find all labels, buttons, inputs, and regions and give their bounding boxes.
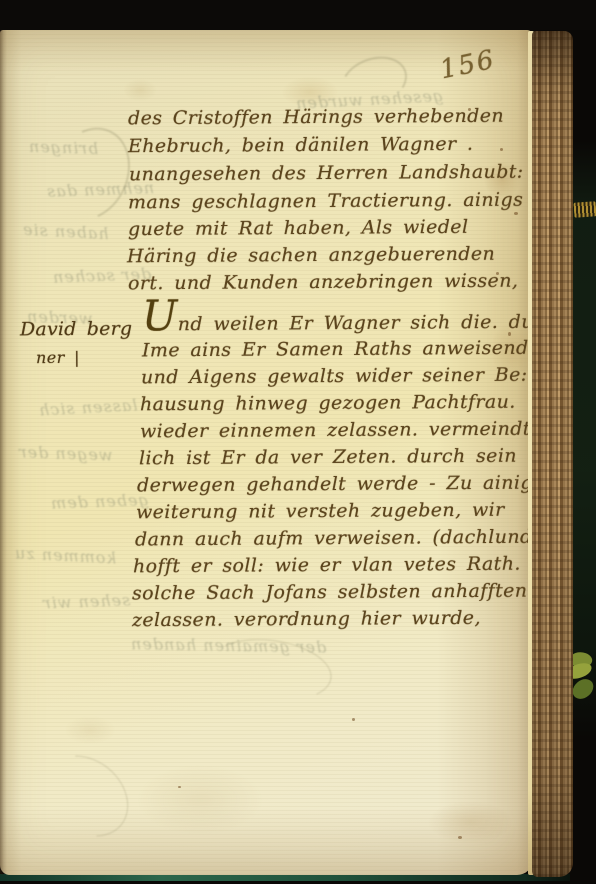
manuscript-line: zelassen. verordnung hier wurde, (132, 607, 481, 631)
manuscript-line: und Aigens gewalts wider seiner Be: (141, 364, 528, 389)
manuscript-line: ort. und Kunden anzebringen wissen, (128, 270, 518, 295)
background-top-band (0, 0, 596, 30)
folio-number: 156 (437, 45, 498, 86)
manuscript-line: Und weilen Er Wagner sich die. durch (142, 309, 567, 336)
bleedthrough-line: bringen (28, 137, 99, 158)
gutter-shadow (0, 30, 7, 875)
manuscript-line: lich ist Er da ver Zeten. durch sein (139, 445, 517, 470)
showthrough-flourish (206, 632, 335, 708)
bleedthrough-line: lassen sich (38, 395, 138, 419)
manuscript-line: Ime ains Er Samen Raths anweisenden (142, 337, 553, 362)
book-fore-edge (532, 31, 573, 877)
table-edge (0, 874, 570, 881)
foxing-speck (514, 212, 518, 215)
bleedthrough-line: der gemainen handen (130, 634, 327, 656)
foxing-speck (500, 148, 503, 151)
manuscript-line: unangesehen des Herren Landshaubt: (129, 161, 524, 186)
margin-note-line-2: ner | (36, 348, 80, 367)
showthrough-flourish (28, 739, 145, 853)
manuscript-page: gesehen wurden bringen nehmen das haben … (0, 30, 533, 875)
bleedthrough-line: sehen wir (42, 590, 131, 612)
manuscript-line: hofft er soll: wie er vlan vetes Rath. (133, 553, 521, 578)
bookmark-band (574, 201, 596, 217)
manuscript-line: weiterung nit versteh zugeben, wir (136, 499, 505, 524)
margin-note-line-1: David berg (20, 318, 132, 341)
manuscript-line: des Cristoffen Härings verhebenden (128, 105, 504, 130)
manuscript-line: solche Sach Jofans selbsten anhafften (132, 580, 528, 605)
manuscript-line: dann auch aufm verweisen. (dachlunder: (135, 526, 561, 551)
manuscript-line: Häring die sachen anzgebuerenden (127, 243, 495, 268)
bleedthrough-line: kommen zu (14, 543, 117, 567)
foxing-speck (178, 786, 181, 788)
manuscript-line: derwegen gehandelt werde - Zu ainig (137, 472, 533, 497)
bleedthrough-line: haben sie (22, 220, 110, 244)
leaf-blade (570, 675, 596, 703)
foxing-speck (352, 718, 355, 721)
photo-frame: gesehen wurden bringen nehmen das haben … (0, 0, 596, 884)
manuscript-line: wieder einnemen zelassen. vermeindt: (140, 418, 538, 443)
manuscript-line: Ehebruch, bein dänilen Wagner . (128, 133, 474, 157)
manuscript-line: mans geschlagnen Tractierung. ainigs (128, 189, 523, 214)
manuscript-line: guete mit Rat haben, Als wiedel (128, 216, 469, 240)
bleedthrough-line: wegen der (18, 442, 113, 464)
foxing-speck (458, 836, 462, 839)
bleedthrough-line: geben dem (50, 490, 149, 512)
manuscript-line: hausung hinweg gezogen Pachtfrau. (140, 391, 516, 416)
